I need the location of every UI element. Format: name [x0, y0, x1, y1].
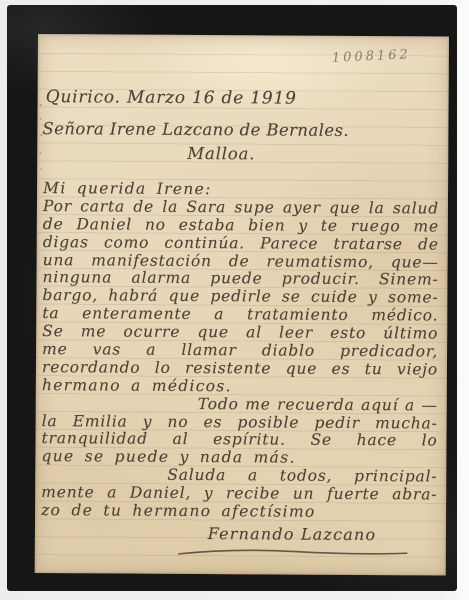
letter-line: la Emilia y no es posible pedir mucha- [42, 413, 438, 433]
letter-salutation: Mi querida Irene: [43, 180, 439, 200]
letter-body: Mi querida Irene: Por carta de la Sara s… [41, 180, 439, 522]
letter-recipient: Señora Irene Lazcano de Bernales. [42, 119, 349, 140]
letter-line: de Daniel no estaba bien y te ruego me [43, 216, 439, 236]
black-mat-backing: 1008162 Quirico. Marzo 16 de 1919 Señora… [7, 5, 457, 591]
letter-line: bargo, habrá que pedirle se cuide y some… [42, 287, 438, 307]
letter-line: zo de tu hermano afectísimo [41, 502, 437, 522]
letter-line: ninguna alarma puede producir. Sinem- [42, 269, 438, 289]
letter-recipient-place: Malloa. [187, 144, 255, 163]
letter-line: digas como continúa. Parece tratarse de [43, 234, 439, 254]
letter-line: ta enteramente a tratamiento médico. [42, 305, 438, 325]
letter-line: Todo me recuerda aquí a — [198, 396, 438, 415]
letter-line: hermano a médicos. [42, 377, 438, 397]
letter-line: que se puede y nada más. [41, 448, 437, 468]
scanned-letter-photograph: 1008162 Quirico. Marzo 16 de 1919 Señora… [0, 0, 469, 600]
paper-edge-specks [40, 104, 42, 106]
letter-paper: 1008162 Quirico. Marzo 16 de 1919 Señora… [35, 34, 449, 576]
letter-line: me vas a llamar diablo predicador, [42, 341, 438, 361]
letter-line: Saluda a todos, principal- [167, 467, 437, 487]
catalog-number: 1008162 [332, 47, 412, 66]
letter-line: Se me ocurre que al leer esto último [42, 323, 438, 343]
letter-dateline: Quirico. Marzo 16 de 1919 [46, 87, 297, 109]
signature: Fernando Lazcano [181, 524, 403, 544]
letter-line: Por carta de la Sara supe ayer que la sa… [43, 198, 439, 218]
signature-underline-flourish [175, 546, 411, 559]
letter-line: una manifestación de reumatismo, que— [43, 252, 439, 272]
